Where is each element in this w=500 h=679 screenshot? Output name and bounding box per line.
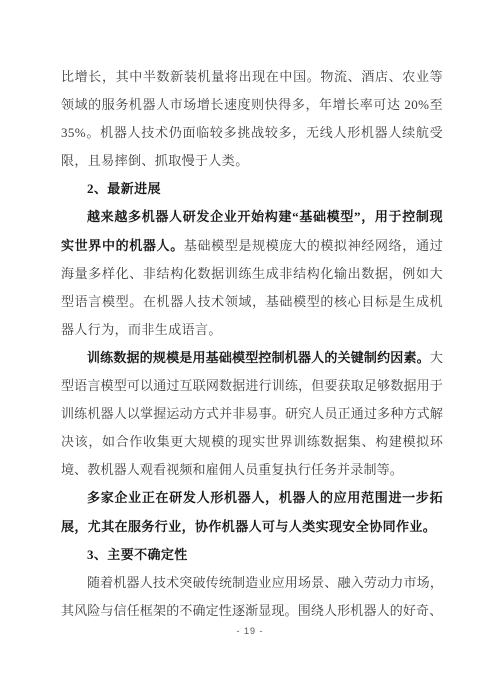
training-data-lead-sentence: 训练数据的规模是用基础模型控制机器人的关键制约因素。 xyxy=(87,350,430,365)
paragraph-humanoid-companies: 多家企业正在研发人形机器人，机器人的应用范围进一步拓展，尤其在服务行业，协作机器… xyxy=(61,484,443,540)
training-data-body-text: 大型语言模型可以通过互联网数据进行训练，但要获取足够数据用于训练机器人以掌握运动… xyxy=(61,350,443,477)
paragraph-uncertainty: 随着机器人技术突破传统制造业应用场景、融入劳动力市场，其风险与信任框架的不确定性… xyxy=(61,569,443,625)
paragraph-market-growth: 比增长，其中半数新装机量将出现在中国。物流、酒店、农业等领域的服务机器人市场增长… xyxy=(61,63,443,175)
section-heading-uncertainties: 3、主要不确定性 xyxy=(61,541,443,569)
section-heading-latest-progress: 2、最新进展 xyxy=(61,175,443,203)
page-number: - 19 - xyxy=(0,626,500,636)
paragraph-training-data: 训练数据的规模是用基础模型控制机器人的关键制约因素。大型语言模型可以通过互联网数… xyxy=(61,344,443,484)
paragraph-foundation-models: 越来越多机器人研发企业开始构建“基础模型”，用于控制现实世界中的机器人。基础模型… xyxy=(61,203,443,343)
document-body: 比增长，其中半数新装机量将出现在中国。物流、酒店、农业等领域的服务机器人市场增长… xyxy=(61,63,443,625)
document-page: 比增长，其中半数新装机量将出现在中国。物流、酒店、农业等领域的服务机器人市场增长… xyxy=(0,0,500,679)
